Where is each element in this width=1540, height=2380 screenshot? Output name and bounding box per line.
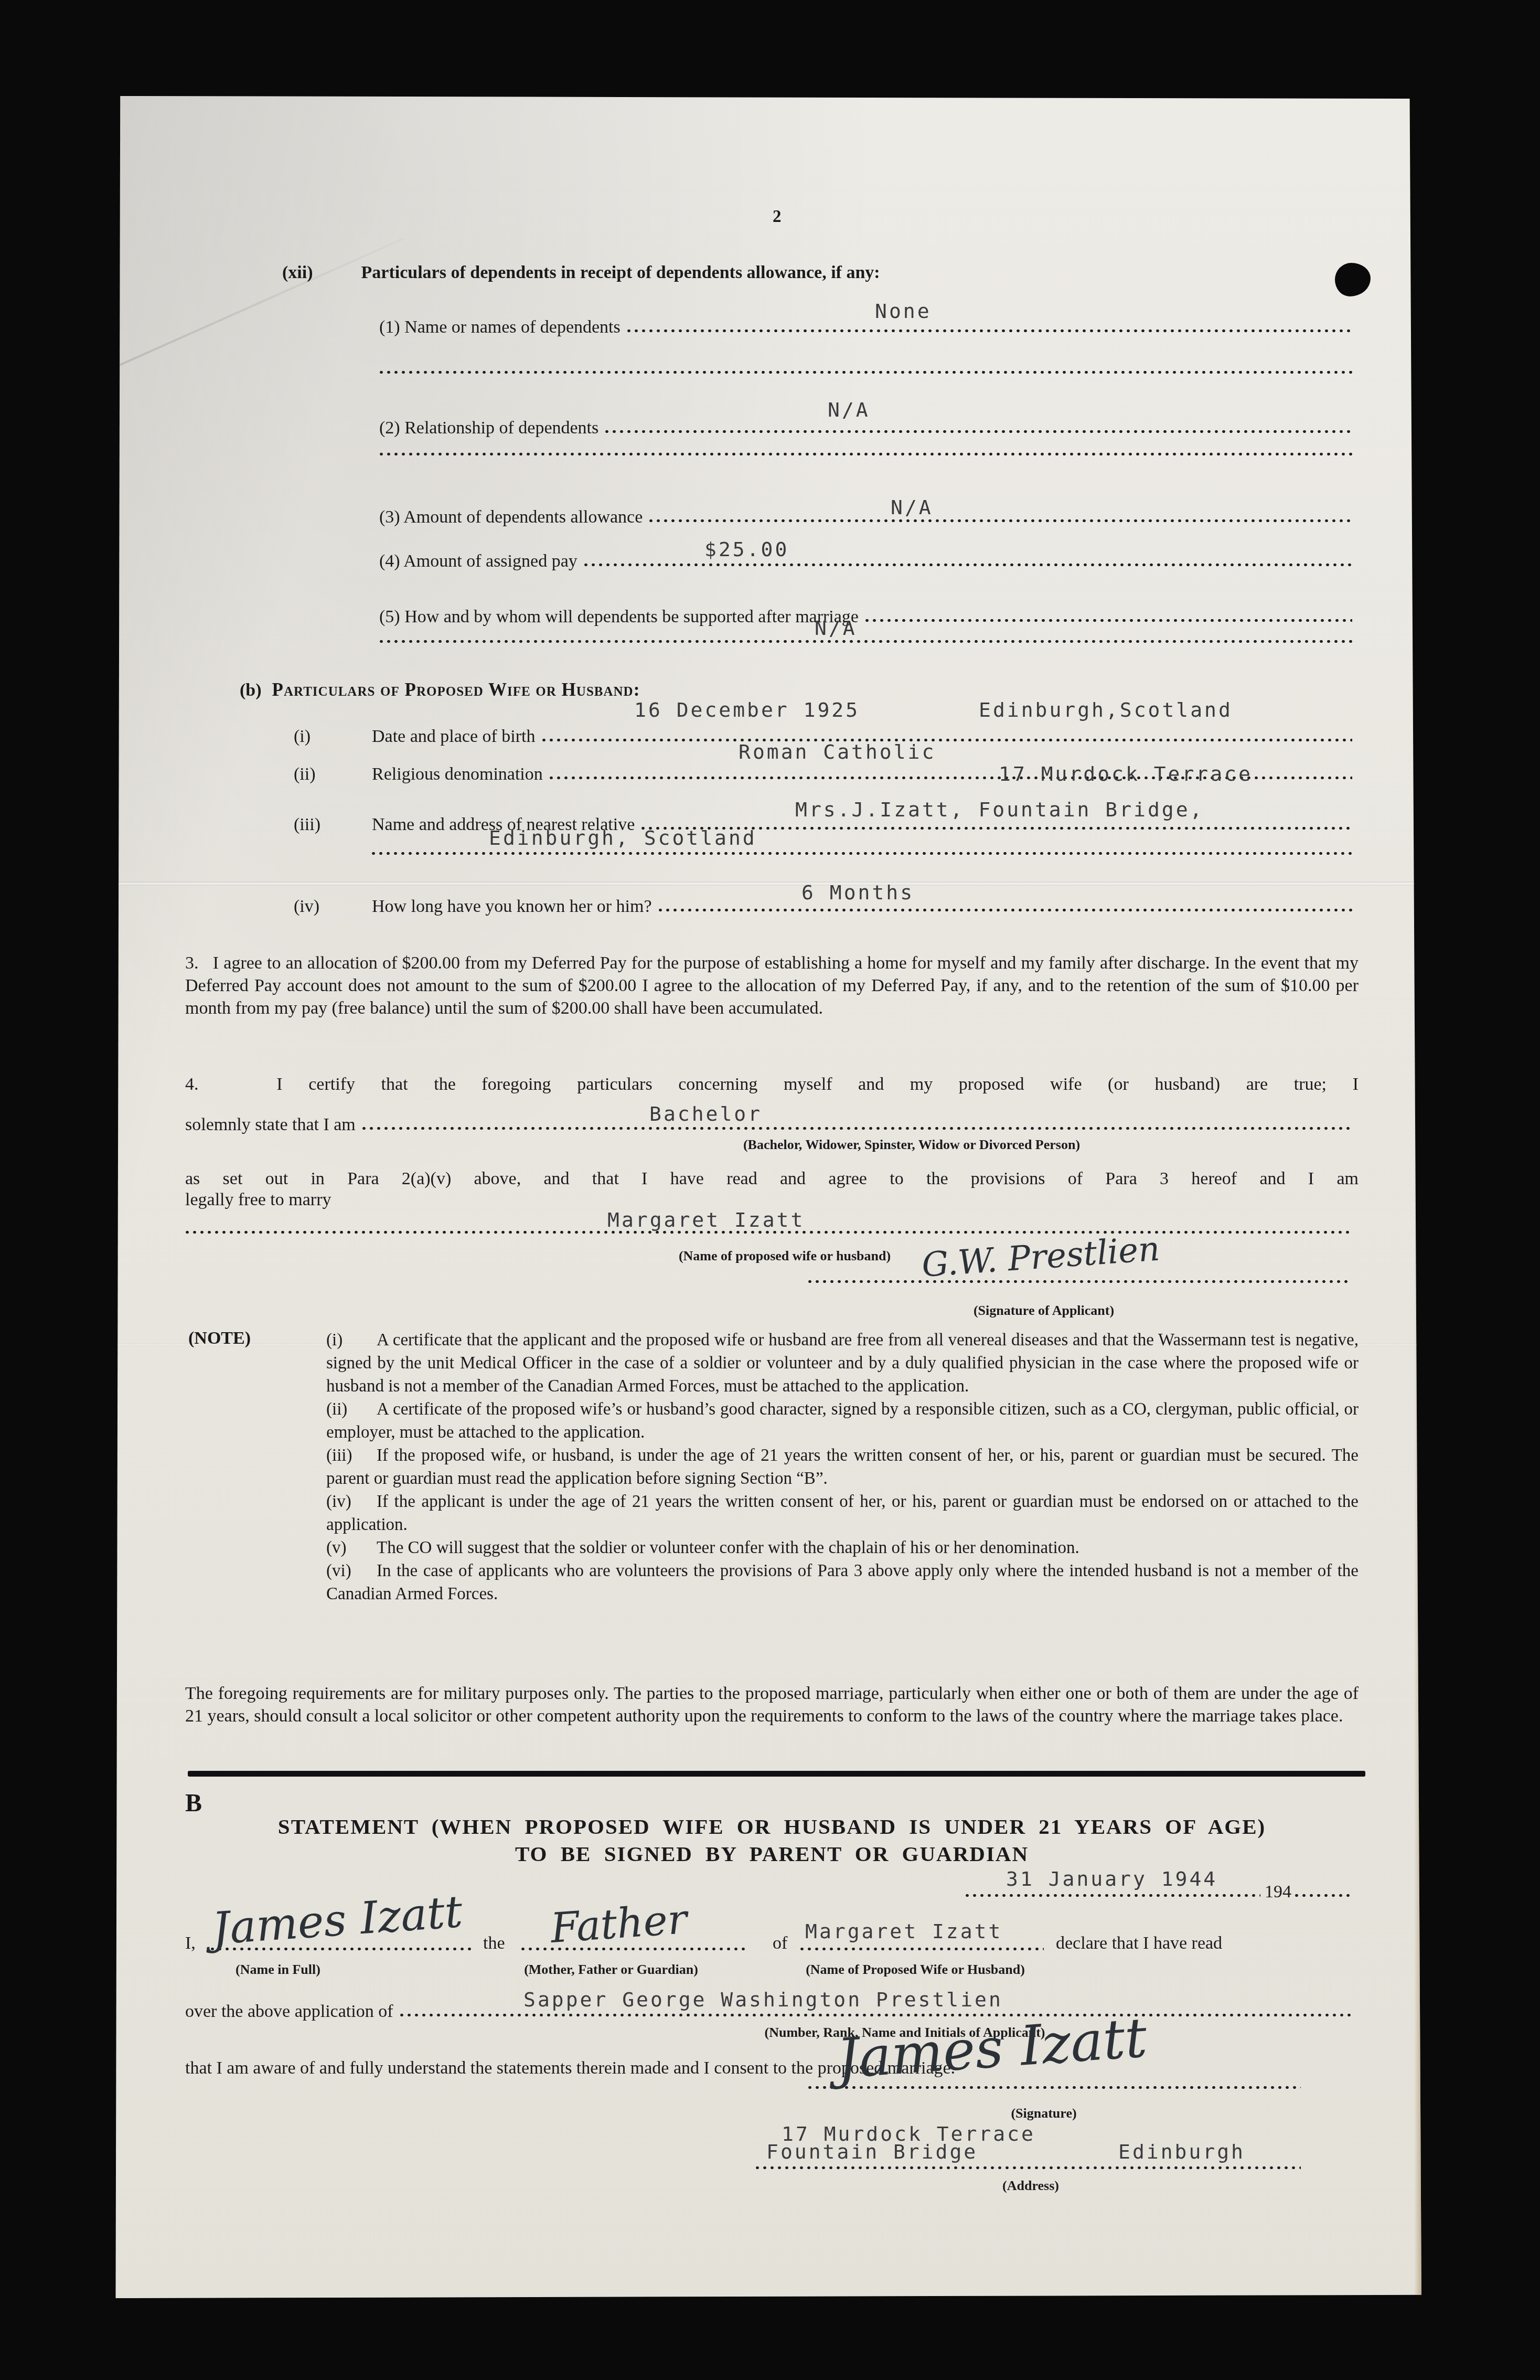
- printed-the: the: [483, 1933, 505, 1953]
- field-assigned-pay: (4) Amount of assigned pay $25.00: [379, 540, 1352, 571]
- name-caption: (Name in Full): [236, 1962, 320, 1978]
- section-b-title: Particulars of Proposed Wife or Husband:: [272, 679, 640, 700]
- note-item-number: (i): [326, 1329, 377, 1352]
- field-dependents-relationship: (2) Relationship of dependents N/A: [379, 407, 1352, 438]
- typed-answer: $25.00: [704, 538, 789, 561]
- section-xii-title: Particulars of dependents in receipt of …: [361, 263, 880, 282]
- dotted-line: [371, 851, 1352, 856]
- note-label: (NOTE): [188, 1329, 251, 1348]
- section-b-heading: (b) Particulars of Proposed Wife or Husb…: [240, 679, 640, 700]
- printed-declare-suffix: declare that I have read: [1056, 1933, 1222, 1953]
- typed-answer-street: 17 Murdock Terrace: [999, 762, 1253, 785]
- scan-background: 2 (xii) Particulars of dependents in rec…: [0, 0, 1540, 2380]
- typed-answer: Bachelor: [649, 1102, 762, 1125]
- note-item-number: (v): [326, 1536, 377, 1559]
- roman-numeral: (ii): [294, 764, 372, 784]
- dotted-line: [379, 452, 1352, 456]
- paragraph-4-line2: as set out in Para 2(a)(v) above, and th…: [185, 1167, 1359, 1190]
- declaration-line: I, James Izatt the Father of Margaret Iz…: [185, 1901, 1352, 1959]
- dotted-line: [1295, 1893, 1353, 1898]
- applicant-signature-line: G.W. Prestlien: [808, 1240, 1351, 1288]
- statement-heading-line1: STATEMENT (WHEN PROPOSED WIFE OR HUSBAND…: [185, 1814, 1359, 1839]
- note-item: (iii)If the proposed wife, or husband, i…: [326, 1444, 1359, 1490]
- field-label: (2) Relationship of dependents: [379, 418, 598, 438]
- typed-date: 31 January 1944: [1006, 1867, 1217, 1890]
- note-item-text: A certificate that the applicant and the…: [326, 1331, 1359, 1396]
- parent-signature-line: James Izatt: [808, 2041, 1301, 2092]
- field-allowance-amount: (3) Amount of dependents allowance N/A: [379, 496, 1352, 527]
- typed-answer: 6 Months: [801, 881, 914, 904]
- typed-answer-place: Edinburgh,Scotland: [979, 698, 1233, 721]
- note-item: (ii)A certificate of the proposed wife’s…: [326, 1398, 1359, 1444]
- relation-handwritten: Father: [549, 1896, 689, 1952]
- field-label: Date and place of birth: [372, 727, 536, 747]
- typed-answer: N/A: [815, 617, 857, 640]
- typed-answer: Roman Catholic: [739, 740, 936, 763]
- foregoing-paragraph: The foregoing requirements are for milit…: [185, 1682, 1359, 1727]
- parent-name-signature: James Izatt: [210, 1886, 464, 1954]
- note-item-text: In the case of applicants who are volunt…: [326, 1561, 1359, 1603]
- typed-answer-name: Mrs.J.Izatt, Fountain Bridge,: [795, 798, 1204, 821]
- section-b-number: (b): [240, 681, 262, 700]
- dotted-line: [658, 908, 1352, 912]
- field-label: over the above application of: [185, 2002, 393, 2022]
- note-item-number: (vi): [326, 1559, 377, 1582]
- dotted-line: [400, 2013, 1352, 2017]
- printed-i-prefix: I,: [185, 1933, 196, 1953]
- address-caption: (Address): [1002, 2178, 1059, 2194]
- note-item: (v)The CO will suggest that the soldier …: [326, 1536, 1359, 1559]
- roman-numeral: (i): [294, 727, 372, 747]
- applicant-signature-caption: (Signature of Applicant): [729, 1303, 1359, 1319]
- signature-caption: (Signature): [1011, 2106, 1076, 2121]
- typed-answer: Margaret Izatt: [607, 1208, 805, 1231]
- note-item: (vi)In the case of applicants who are vo…: [326, 1559, 1359, 1606]
- worn-right-edge: [1414, 96, 1421, 2298]
- field-label: solemnly state that I am: [185, 1115, 356, 1135]
- statement-date-line: 194 31 January 1944: [965, 1869, 1353, 1902]
- field-label: (3) Amount of dependents allowance: [379, 507, 643, 527]
- dotted-line: [965, 1893, 1260, 1898]
- paragraph-4-line3: legally free to marry: [185, 1190, 331, 1210]
- dotted-line: [627, 328, 1352, 333]
- roman-numeral: (iii): [294, 815, 372, 835]
- punch-hole: [1335, 263, 1371, 296]
- statement-heading-line2: TO BE SIGNED BY PARENT OR GUARDIAN: [185, 1841, 1359, 1866]
- dotted-line: [649, 518, 1352, 523]
- typed-answer: None: [875, 300, 932, 323]
- field-how-long-known: (iv) How long have you known her or him?…: [294, 878, 1352, 917]
- typed-answer-city: Edinburgh, Scotland: [489, 826, 757, 849]
- typed-applicant-name: Sapper George Washington Prestlien: [523, 1988, 1003, 2011]
- relation-caption: (Mother, Father or Guardian): [524, 1962, 698, 1978]
- section-xii-number: (xii): [282, 263, 313, 282]
- note-item-number: (iv): [326, 1490, 377, 1513]
- note-item: (i)A certificate that the applicant and …: [326, 1329, 1359, 1398]
- wife-caption: (Name of Proposed Wife or Husband): [806, 1962, 1025, 1978]
- typed-address-city: Edinburgh: [1118, 2140, 1245, 2163]
- paragraph-3: 3. I agree to an allocation of $200.00 f…: [185, 952, 1359, 1019]
- dotted-line: [542, 738, 1352, 742]
- note-items: (i)A certificate that the applicant and …: [326, 1329, 1359, 1606]
- note-item-number: (ii): [326, 1398, 377, 1421]
- note-item-text: A certificate of the proposed wife’s or …: [326, 1400, 1359, 1442]
- note-item-text: If the proposed wife, or husband, is und…: [326, 1446, 1359, 1488]
- field-nearest-relative-continuation: Edinburgh, Scotland: [371, 825, 1352, 860]
- dotted-line: [605, 429, 1352, 434]
- note-item-text: The CO will suggest that the soldier or …: [377, 1538, 1079, 1557]
- printed-year-prefix: 194: [1265, 1882, 1291, 1902]
- note-item: (iv)If the applicant is under the age of…: [326, 1490, 1359, 1536]
- statement-section-label: B: [185, 1789, 202, 1818]
- field-dependents-names: (1) Name or names of dependents None: [379, 306, 1352, 337]
- wife-name-line: Margaret Izatt: [185, 1208, 1352, 1239]
- field-label: (1) Name or names of dependents: [379, 317, 621, 337]
- section-xii-heading: (xii) Particulars of dependents in recei…: [282, 263, 880, 283]
- dotted-line: [800, 1947, 1044, 1951]
- corner-crease: [107, 237, 405, 371]
- typed-answer: N/A: [828, 398, 870, 421]
- dotted-line: [808, 1279, 1351, 1284]
- typed-answer: N/A: [891, 496, 933, 519]
- status-options-caption: (Bachelor, Widower, Spinster, Widow or D…: [597, 1137, 1226, 1153]
- dotted-line: [755, 2165, 1301, 2170]
- marital-status-line: solemnly state that I am Bachelor: [185, 1103, 1352, 1135]
- section-divider-rule: [188, 1771, 1365, 1777]
- document-page: 2 (xii) Particulars of dependents in rec…: [114, 96, 1421, 2298]
- typed-wife-name: Margaret Izatt: [805, 1920, 1002, 1943]
- field-label: (4) Amount of assigned pay: [379, 551, 577, 571]
- note-item-number: (iii): [326, 1444, 377, 1467]
- page-number: 2: [773, 207, 782, 227]
- dotted-line: [362, 1126, 1352, 1131]
- note-item-text: If the applicant is under the age of 21 …: [326, 1492, 1359, 1534]
- paragraph-4-line1: 4. I certify that the foregoing particul…: [185, 1073, 1359, 1096]
- dotted-line: [584, 562, 1352, 567]
- field-label: Religious denomination: [372, 764, 543, 784]
- typed-address-district: Fountain Bridge: [766, 2140, 978, 2163]
- dotted-line: [379, 639, 1352, 644]
- typed-answer-date: 16 December 1925: [634, 698, 860, 721]
- application-of-line: over the above application of Sapper Geo…: [185, 1985, 1352, 2022]
- dotted-line: [379, 370, 1352, 375]
- field-label: How long have you known her or him?: [372, 897, 652, 917]
- field-support-answer-line: N/A: [379, 615, 1352, 648]
- roman-numeral: (iv): [294, 897, 372, 917]
- printed-of: of: [773, 1933, 787, 1953]
